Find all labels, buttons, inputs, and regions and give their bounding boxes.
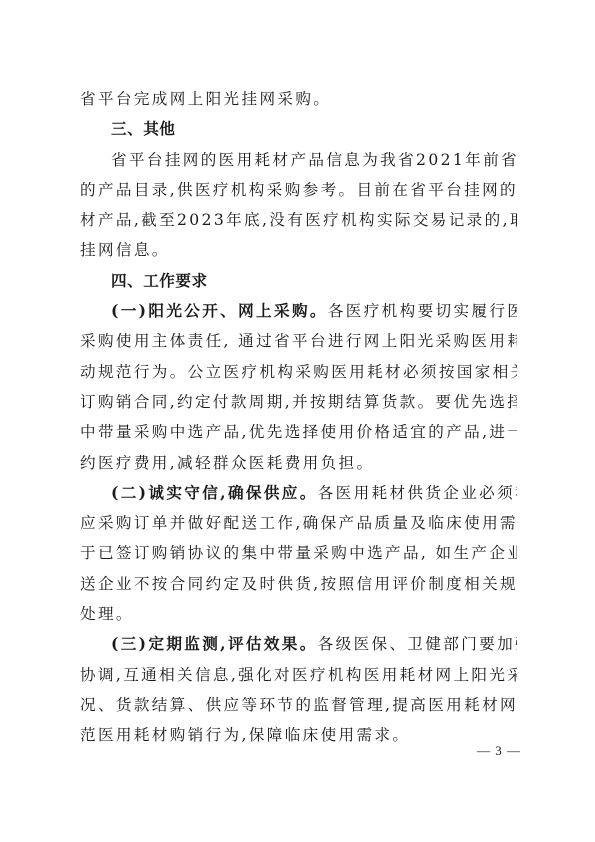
paragraph-line: 范医用耗材购销行为,保障临床使用需求。 — [80, 720, 517, 750]
page-number: — 3 — — [477, 743, 521, 759]
paragraph-line: 于已签订购销协议的集中带量采购中选产品, 如生产企业、配 — [80, 538, 517, 568]
subheading-2: (二)诚实守信,确保供应。 — [111, 483, 318, 502]
paragraph-line: (二)诚实守信,确保供应。各医用耗材供货企业必须积极响 — [80, 478, 517, 508]
paragraph-line: 省平台挂网的医用耗材产品信息为我省2021年前省际联动 — [80, 145, 517, 175]
paragraph-line: 动规范行为。公立医疗机构采购医用耗材必须按国家相关规定签 — [80, 357, 517, 387]
section-heading-other: 三、其他 — [80, 114, 517, 144]
paragraph-line: 送企业不按合同约定及时供货,按照信用评价制度相关规定予以 — [80, 569, 517, 599]
paragraph-line: 应采购订单并做好配送工作,确保产品质量及临床使用需求。对 — [80, 508, 517, 538]
paragraph-line: 协调,互通相关信息,强化对医疗机构医用耗材网上阳光采购情 — [80, 660, 517, 690]
paragraph-line: 省平台完成网上阳光挂网采购。 — [80, 84, 517, 114]
paragraph-line: 约医疗费用,减轻群众医耗费用负担。 — [80, 448, 517, 478]
paragraph-text: 各医用耗材供货企业必须积极响 — [318, 484, 517, 502]
paragraph-line: 订购销合同,约定付款周期,并按期结算货款。要优先选择使用集 — [80, 387, 517, 417]
paragraph-text: 各级医保、卫健部门要加强沟通 — [318, 635, 517, 653]
paragraph-line: 中带量采购中选产品,优先选择使用价格适宜的产品,进一步节 — [80, 417, 517, 447]
paragraph-line: 挂网信息。 — [80, 235, 517, 265]
paragraph-line: 处理。 — [80, 599, 517, 629]
paragraph-line: 的产品目录,供医疗机构采购参考。目前在省平台挂网的医用耗 — [80, 175, 517, 205]
paragraph-line: 况、货款结算、供应等环节的监督管理,提高医用耗材网采率,规 — [80, 690, 517, 720]
paragraph-line: (三)定期监测,评估效果。各级医保、卫健部门要加强沟通 — [80, 629, 517, 659]
subheading-1: (一)阳光公开、网上采购。 — [111, 301, 328, 320]
paragraph-line: (一)阳光公开、网上采购。各医疗机构要切实履行医用耗材 — [80, 296, 517, 326]
subheading-3: (三)定期监测,评估效果。 — [111, 634, 318, 653]
section-heading-requirements: 四、工作要求 — [80, 266, 517, 296]
paragraph-line: 材产品,截至2023年底,没有医疗机构实际交易记录的,取消其 — [80, 205, 517, 235]
document-body: 省平台完成网上阳光挂网采购。 三、其他 省平台挂网的医用耗材产品信息为我省202… — [80, 84, 517, 751]
paragraph-line: 采购使用主体责任, 通过省平台进行网上阳光采购医用耗材,主 — [80, 326, 517, 356]
paragraph-text: 各医疗机构要切实履行医用耗材 — [328, 302, 517, 320]
